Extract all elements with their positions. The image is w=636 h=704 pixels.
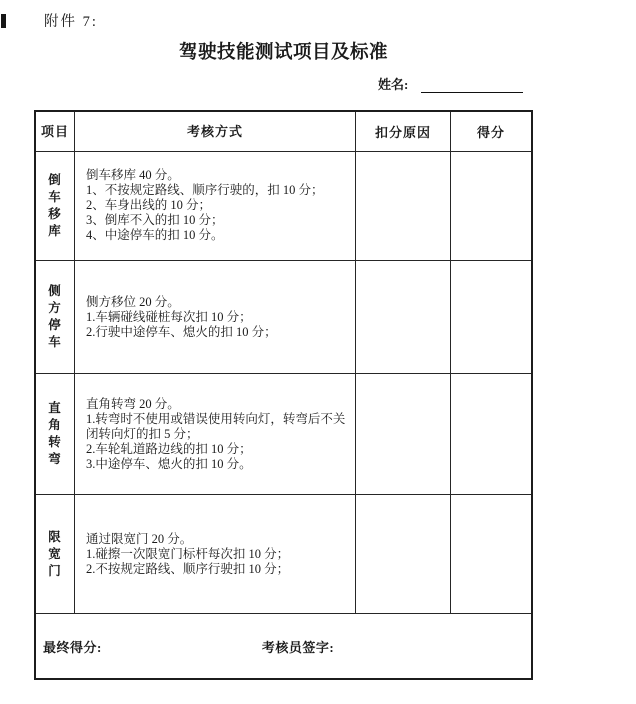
item-label: 限宽门 (36, 495, 75, 613)
item-label: 倒车移库 (36, 152, 75, 260)
criteria-line: 侧方移位 20 分。 (86, 295, 350, 310)
criteria-line: 1、不按规定路线、顺序行驶的，扣 10 分； (86, 183, 350, 198)
criteria-cell: 侧方移位 20 分。 1.车辆碰线碰桩每次扣 10 分； 2.行驶中途停车、熄火… (75, 261, 356, 373)
scan-artifact-mark (1, 14, 6, 28)
table-row-reverse-parking: 倒车移库 倒车移库 40 分。 1、不按规定路线、顺序行驶的，扣 10 分； 2… (36, 152, 531, 261)
item-label: 直角转弯 (36, 374, 75, 494)
table-header-row: 项目 考核方式 扣分原因 得分 (36, 112, 531, 152)
deduction-reason-cell (356, 261, 451, 373)
criteria-line: 1.碰擦一次限宽门标杆每次扣 10 分； (86, 547, 350, 562)
attachment-label: 附件 7: (44, 10, 98, 31)
name-blank-line (421, 79, 523, 93)
deduction-reason-cell (356, 495, 451, 613)
criteria-line: 2.车轮轧道路边线的扣 10 分； (86, 442, 350, 457)
criteria-line: 1.车辆碰线碰桩每次扣 10 分； (86, 310, 350, 325)
score-cell (451, 261, 531, 373)
criteria-line: 2.不按规定路线、顺序行驶扣 10 分； (86, 562, 350, 577)
table-footer-row: 最终得分: 考核员签字: (36, 614, 531, 678)
deduction-reason-cell (356, 152, 451, 260)
criteria-line: 直角转弯 20 分。 (86, 397, 350, 412)
table-row-parallel-parking: 侧方停车 侧方移位 20 分。 1.车辆碰线碰桩每次扣 10 分； 2.行驶中途… (36, 261, 531, 374)
score-cell (451, 495, 531, 613)
header-item: 项目 (36, 112, 75, 151)
score-cell (451, 152, 531, 260)
criteria-cell: 通过限宽门 20 分。 1.碰擦一次限宽门标杆每次扣 10 分； 2.不按规定路… (75, 495, 356, 613)
criteria-line: 1.转弯时不使用或错误使用转向灯，转弯后不关闭转向灯的扣 5 分； (86, 412, 350, 442)
name-label: 姓名: (378, 74, 408, 93)
header-score: 得分 (451, 112, 531, 151)
table-row-right-angle-turn: 直角转弯 直角转弯 20 分。 1.转弯时不使用或错误使用转向灯，转弯后不关闭转… (36, 374, 531, 495)
header-method: 考核方式 (75, 112, 356, 151)
deduction-reason-cell (356, 374, 451, 494)
score-table: 项目 考核方式 扣分原因 得分 倒车移库 倒车移库 40 分。 1、不按规定路线… (34, 110, 533, 680)
criteria-cell: 直角转弯 20 分。 1.转弯时不使用或错误使用转向灯，转弯后不关闭转向灯的扣 … (75, 374, 356, 494)
header-deduction-reason: 扣分原因 (356, 112, 451, 151)
criteria-line: 2、车身出线的 10 分； (86, 198, 350, 213)
score-cell (451, 374, 531, 494)
item-label: 侧方停车 (36, 261, 75, 373)
criteria-line: 4、中途停车的扣 10 分。 (86, 228, 350, 243)
criteria-cell: 倒车移库 40 分。 1、不按规定路线、顺序行驶的，扣 10 分； 2、车身出线… (75, 152, 356, 260)
criteria-line: 2.行驶中途停车、熄火的扣 10 分； (86, 325, 350, 340)
criteria-line: 通过限宽门 20 分。 (86, 532, 350, 547)
table-row-width-limit-gate: 限宽门 通过限宽门 20 分。 1.碰擦一次限宽门标杆每次扣 10 分； 2.不… (36, 495, 531, 614)
criteria-line: 3.中途停车、熄火的扣 10 分。 (86, 457, 350, 472)
final-score-label: 最终得分: (43, 637, 102, 656)
page-title: 驾驶技能测试项目及标准 (34, 38, 533, 64)
name-row: 姓名: (378, 74, 523, 93)
criteria-line: 3、倒库不入的扣 10 分； (86, 213, 350, 228)
criteria-line: 倒车移库 40 分。 (86, 168, 350, 183)
examiner-signature-label: 考核员签字: (262, 637, 334, 656)
